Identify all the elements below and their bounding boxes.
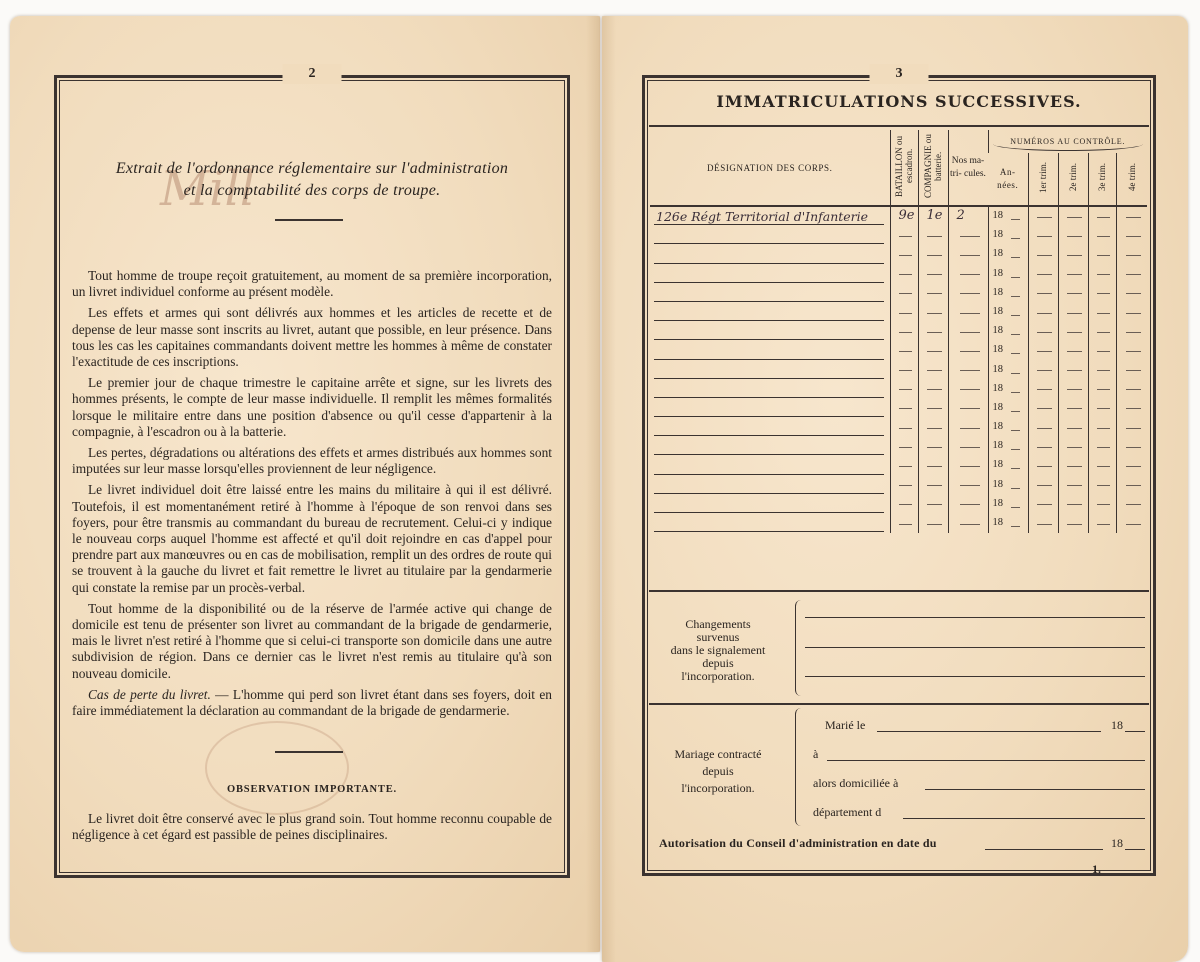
header-trim1: 1er trim. [1028, 153, 1058, 206]
bataillon-cell[interactable] [890, 437, 918, 456]
section-divider [275, 751, 343, 753]
married-on-field[interactable] [877, 731, 1101, 732]
title-divider [275, 219, 343, 221]
changes-line-1[interactable] [805, 617, 1145, 618]
header-annees: An- nées. [988, 153, 1028, 206]
designation-cell[interactable] [650, 265, 890, 284]
bataillon-cell[interactable] [890, 456, 918, 475]
paragraph: Le livret individuel doit être laissé en… [72, 482, 552, 595]
designation-cell[interactable] [650, 284, 890, 303]
handwritten-designation: 126e Régt Territorial d'Infanterie [656, 209, 868, 224]
trim4-cell[interactable] [1116, 476, 1147, 495]
table-row: 18 [650, 399, 1147, 418]
trim1-cell[interactable] [1028, 361, 1058, 380]
married-at-label: à [813, 747, 818, 762]
paragraph: Tout homme de la disponibilité ou de la … [72, 601, 552, 682]
matricule-cell[interactable] [948, 284, 988, 303]
trim1-cell[interactable] [1028, 399, 1058, 418]
authorization-label: Autorisation du Conseil d'administration… [659, 836, 937, 851]
trim4-cell[interactable] [1116, 437, 1147, 456]
bataillon-cell[interactable] [890, 361, 918, 380]
trim3-cell[interactable] [1088, 514, 1116, 533]
trim1-cell[interactable] [1028, 303, 1058, 322]
trim3-cell[interactable] [1088, 399, 1116, 418]
trim2-cell[interactable] [1058, 361, 1088, 380]
changes-line-2[interactable] [805, 647, 1145, 648]
year-cell[interactable]: 18 [988, 245, 1028, 264]
matricule-cell[interactable] [948, 437, 988, 456]
trim4-cell[interactable] [1116, 226, 1147, 245]
designation-cell[interactable]: 126e Régt Territorial d'Infanterie [650, 206, 890, 226]
compagnie-cell[interactable]: 1e [918, 206, 948, 226]
trim1-cell[interactable] [1028, 322, 1058, 341]
trim3-cell[interactable] [1088, 476, 1116, 495]
trim4-cell[interactable] [1116, 380, 1147, 399]
domiciled-label: alors domiciliée à [813, 776, 898, 791]
header-numeros-au-controle: NUMÉROS AU CONTRÔLE. [988, 130, 1147, 153]
bataillon-cell[interactable] [890, 418, 918, 437]
matricule-cell[interactable] [948, 456, 988, 475]
married-on-label: Marié le [825, 718, 865, 733]
trim1-cell[interactable] [1028, 514, 1058, 533]
table-row: 18 [650, 418, 1147, 437]
matricule-cell[interactable] [948, 418, 988, 437]
matricule-cell[interactable]: 2 [948, 206, 988, 226]
trim4-cell[interactable] [1116, 514, 1147, 533]
trim2-cell[interactable] [1058, 226, 1088, 245]
table-row: 18 [650, 361, 1147, 380]
designation-line [654, 474, 884, 475]
year-cell[interactable]: 18 [988, 265, 1028, 284]
paragraph: Les effets et armes qui sont délivrés au… [72, 305, 552, 370]
bataillon-cell[interactable] [890, 495, 918, 514]
header-trim2: 2e trim. [1058, 153, 1088, 206]
year-cell[interactable]: 18 [988, 399, 1028, 418]
trim2-cell[interactable] [1058, 322, 1088, 341]
year-cell[interactable]: 18 [988, 418, 1028, 437]
trim4-cell[interactable] [1116, 341, 1147, 360]
trim2-cell[interactable] [1058, 245, 1088, 264]
table-row: 18 [650, 226, 1147, 245]
matricule-cell[interactable] [948, 399, 988, 418]
header-designation: DÉSIGNATION DES CORPS. [650, 130, 890, 206]
table-row: 18 [650, 322, 1147, 341]
designation-cell[interactable] [650, 514, 890, 533]
matricule-cell[interactable] [948, 322, 988, 341]
year-cell[interactable]: 18 [988, 380, 1028, 399]
trim2-cell[interactable] [1058, 265, 1088, 284]
compagnie-cell[interactable] [918, 226, 948, 245]
header-bataillon: BATAILLON ou escadron. [890, 130, 918, 206]
paragraph: Les pertes, dégradations ou altérations … [72, 445, 552, 477]
trim3-cell[interactable] [1088, 322, 1116, 341]
designation-cell[interactable] [650, 476, 890, 495]
year-cell[interactable]: 18 [988, 206, 1028, 226]
designation-cell[interactable] [650, 322, 890, 341]
trim4-cell[interactable] [1116, 265, 1147, 284]
trim3-cell[interactable] [1088, 380, 1116, 399]
compagnie-cell[interactable] [918, 284, 948, 303]
trim3-cell[interactable] [1088, 245, 1116, 264]
trim4-cell[interactable] [1116, 303, 1147, 322]
trim3-cell[interactable] [1088, 361, 1116, 380]
designation-cell[interactable] [650, 361, 890, 380]
designation-line [654, 397, 884, 398]
table-row: 18 [650, 437, 1147, 456]
table-row: 18 [650, 245, 1147, 264]
title-rule [649, 125, 1149, 127]
brace [795, 600, 804, 696]
trim3-cell[interactable] [1088, 495, 1116, 514]
bataillon-cell[interactable] [890, 303, 918, 322]
domiciled-field[interactable] [925, 789, 1145, 790]
married-year-field[interactable] [1125, 731, 1145, 732]
designation-line [654, 282, 884, 283]
compagnie-cell[interactable] [918, 399, 948, 418]
designation-line [654, 378, 884, 379]
compagnie-cell[interactable] [918, 361, 948, 380]
bataillon-cell[interactable] [890, 322, 918, 341]
bataillon-cell[interactable] [890, 514, 918, 533]
department-label: département d [813, 805, 881, 820]
designation-cell[interactable] [650, 226, 890, 245]
regulation-text: Tout homme de troupe reçoit gratuitement… [72, 268, 552, 724]
trim3-cell[interactable] [1088, 456, 1116, 475]
designation-cell[interactable] [650, 437, 890, 456]
brace [795, 708, 804, 826]
observation-text: Le livret doit être conservé avec le plu… [72, 811, 552, 843]
designation-line [654, 320, 884, 321]
trim4-cell[interactable] [1116, 418, 1147, 437]
trim2-cell[interactable] [1058, 380, 1088, 399]
trim3-cell[interactable] [1088, 437, 1116, 456]
bataillon-cell[interactable] [890, 245, 918, 264]
trim3-cell[interactable] [1088, 226, 1116, 245]
trim2-cell[interactable] [1058, 303, 1088, 322]
compagnie-cell[interactable] [918, 341, 948, 360]
trim4-cell[interactable] [1116, 495, 1147, 514]
trim1-cell[interactable] [1028, 495, 1058, 514]
year-cell[interactable]: 18 [988, 456, 1028, 475]
immatriculation-table: DÉSIGNATION DES CORPS. BATAILLON ou esca… [650, 130, 1147, 533]
designation-cell[interactable] [650, 495, 890, 514]
header-matricules: Nos ma- tri- cules. [948, 130, 988, 206]
bataillon-cell[interactable] [890, 226, 918, 245]
trim2-cell[interactable] [1058, 341, 1088, 360]
bataillon-cell[interactable] [890, 341, 918, 360]
compagnie-cell[interactable] [918, 495, 948, 514]
table-row: 18 [650, 456, 1147, 475]
married-at-field[interactable] [827, 760, 1145, 761]
paragraph: Tout homme de troupe reçoit gratuitement… [72, 268, 552, 300]
compagnie-cell[interactable] [918, 303, 948, 322]
married-year-label: 18 [1111, 718, 1123, 733]
designation-cell[interactable] [650, 380, 890, 399]
year-cell[interactable]: 18 [988, 322, 1028, 341]
header-trim4: 4e trim. [1116, 153, 1147, 206]
designation-line [654, 301, 884, 302]
bataillon-cell[interactable]: 9e [890, 206, 918, 226]
bataillon-cell[interactable] [890, 265, 918, 284]
left-page: Mill 2 Extrait de l'ordonnance réglement… [10, 16, 600, 952]
designation-cell[interactable] [650, 303, 890, 322]
designation-line [654, 512, 884, 513]
extract-title: Extrait de l'ordonnance réglementaire su… [57, 158, 567, 202]
right-page: 3 IMMATRICULATIONS SUCCESSIVES. DÉSIGNAT… [602, 16, 1188, 962]
trim4-cell[interactable] [1116, 245, 1147, 264]
compagnie-cell[interactable] [918, 265, 948, 284]
folio-mark: 1. [1092, 862, 1101, 877]
compagnie-cell[interactable] [918, 476, 948, 495]
matricule-cell[interactable] [948, 226, 988, 245]
year-cell[interactable]: 18 [988, 437, 1028, 456]
matricule-cell[interactable] [948, 341, 988, 360]
year-cell[interactable]: 18 [988, 284, 1028, 303]
trim2-cell[interactable] [1058, 495, 1088, 514]
table-bottom-rule [649, 590, 1149, 592]
designation-line [654, 339, 884, 340]
year-cell[interactable]: 18 [988, 514, 1028, 533]
changes-label: Changements survenus dans le signalement… [653, 618, 783, 683]
trim4-cell[interactable] [1116, 206, 1147, 226]
gutter-shadow [586, 16, 600, 952]
paragraph: Le premier jour de chaque trimestre le c… [72, 375, 552, 440]
matricule-cell[interactable] [948, 361, 988, 380]
trim1-cell[interactable] [1028, 476, 1058, 495]
paragraph-loss-of-booklet: Cas de perte du livret. — L'homme qui pe… [72, 687, 552, 719]
table-row: 18 [650, 265, 1147, 284]
designation-line [654, 263, 884, 264]
header-trim3: 3e trim. [1088, 153, 1116, 206]
trim3-cell[interactable] [1088, 341, 1116, 360]
matricule-cell[interactable] [948, 265, 988, 284]
page-number: 2 [283, 64, 342, 84]
trim3-cell[interactable] [1088, 303, 1116, 322]
designation-line [654, 493, 884, 494]
trim2-cell[interactable] [1058, 418, 1088, 437]
trim4-cell[interactable] [1116, 456, 1147, 475]
trim1-cell[interactable] [1028, 284, 1058, 303]
trim1-cell[interactable] [1028, 341, 1058, 360]
trim3-cell[interactable] [1088, 418, 1116, 437]
matricule-cell[interactable] [948, 380, 988, 399]
left-page-frame: 2 Extrait de l'ordonnance réglementaire … [54, 75, 570, 878]
matricule-cell[interactable] [948, 514, 988, 533]
trim1-cell[interactable] [1028, 206, 1058, 226]
changes-line-3[interactable] [805, 676, 1145, 677]
trim3-cell[interactable] [1088, 284, 1116, 303]
trim2-cell[interactable] [1058, 206, 1088, 226]
trim1-cell[interactable] [1028, 380, 1058, 399]
table-row: 18 [650, 341, 1147, 360]
bataillon-cell[interactable] [890, 476, 918, 495]
trim4-cell[interactable] [1116, 399, 1147, 418]
designation-cell[interactable] [650, 399, 890, 418]
table-row: 18 [650, 514, 1147, 533]
compagnie-cell[interactable] [918, 245, 948, 264]
designation-line [654, 531, 884, 532]
gutter-shadow [602, 16, 616, 962]
section-rule [649, 703, 1149, 705]
trim3-cell[interactable] [1088, 206, 1116, 226]
table-row: 18 [650, 495, 1147, 514]
year-cell[interactable]: 18 [988, 476, 1028, 495]
section-title: IMMATRICULATIONS SUCCESSIVES. [645, 92, 1153, 111]
compagnie-cell[interactable] [918, 418, 948, 437]
trim4-cell[interactable] [1116, 322, 1147, 341]
trim1-cell[interactable] [1028, 418, 1058, 437]
authorization-year-label: 18 [1111, 836, 1123, 851]
trim4-cell[interactable] [1116, 284, 1147, 303]
bataillon-cell[interactable] [890, 399, 918, 418]
trim1-cell[interactable] [1028, 437, 1058, 456]
year-cell[interactable]: 18 [988, 226, 1028, 245]
trim1-cell[interactable] [1028, 265, 1058, 284]
header-compagnie: COMPAGNIE ou batterie. [918, 130, 948, 206]
trim4-cell[interactable] [1116, 361, 1147, 380]
designation-line [654, 454, 884, 455]
year-cell[interactable]: 18 [988, 495, 1028, 514]
trim2-cell[interactable] [1058, 456, 1088, 475]
trim2-cell[interactable] [1058, 514, 1088, 533]
marriage-label: Mariage contracté depuis l'incorporation… [653, 746, 783, 797]
trim1-cell[interactable] [1028, 226, 1058, 245]
matricule-cell[interactable] [948, 476, 988, 495]
table-row: 18 [650, 476, 1147, 495]
designation-line [654, 435, 884, 436]
trim3-cell[interactable] [1088, 265, 1116, 284]
matricule-cell[interactable] [948, 303, 988, 322]
table-row: 18 [650, 380, 1147, 399]
table-row: 18 [650, 284, 1147, 303]
bataillon-cell[interactable] [890, 284, 918, 303]
department-field[interactable] [903, 818, 1145, 819]
year-cell[interactable]: 18 [988, 303, 1028, 322]
compagnie-cell[interactable] [918, 322, 948, 341]
designation-line [654, 416, 884, 417]
table-row: 18 [650, 303, 1147, 322]
designation-line [654, 243, 884, 244]
trim1-cell[interactable] [1028, 245, 1058, 264]
year-cell[interactable]: 18 [988, 341, 1028, 360]
trim2-cell[interactable] [1058, 284, 1088, 303]
bataillon-cell[interactable] [890, 380, 918, 399]
trim2-cell[interactable] [1058, 476, 1088, 495]
page-number: 3 [870, 64, 929, 84]
trim2-cell[interactable] [1058, 437, 1088, 456]
compagnie-cell[interactable] [918, 514, 948, 533]
compagnie-cell[interactable] [918, 380, 948, 399]
trim2-cell[interactable] [1058, 399, 1088, 418]
designation-cell[interactable] [650, 245, 890, 264]
year-cell[interactable]: 18 [988, 361, 1028, 380]
table-row: 126e Régt Territorial d'Infanterie9e1e21… [650, 206, 1147, 226]
designation-cell[interactable] [650, 341, 890, 360]
designation-cell[interactable] [650, 418, 890, 437]
right-page-frame: 3 IMMATRICULATIONS SUCCESSIVES. DÉSIGNAT… [642, 75, 1156, 876]
matricule-cell[interactable] [948, 495, 988, 514]
authorization-year-field[interactable] [1125, 849, 1145, 850]
trim1-cell[interactable] [1028, 456, 1058, 475]
designation-line [654, 359, 884, 360]
matricule-cell[interactable] [948, 245, 988, 264]
compagnie-cell[interactable] [918, 456, 948, 475]
compagnie-cell[interactable] [918, 437, 948, 456]
designation-cell[interactable] [650, 456, 890, 475]
observation-title: OBSERVATION IMPORTANTE. [57, 784, 567, 795]
authorization-date-field[interactable] [985, 849, 1103, 850]
designation-line [654, 224, 884, 225]
